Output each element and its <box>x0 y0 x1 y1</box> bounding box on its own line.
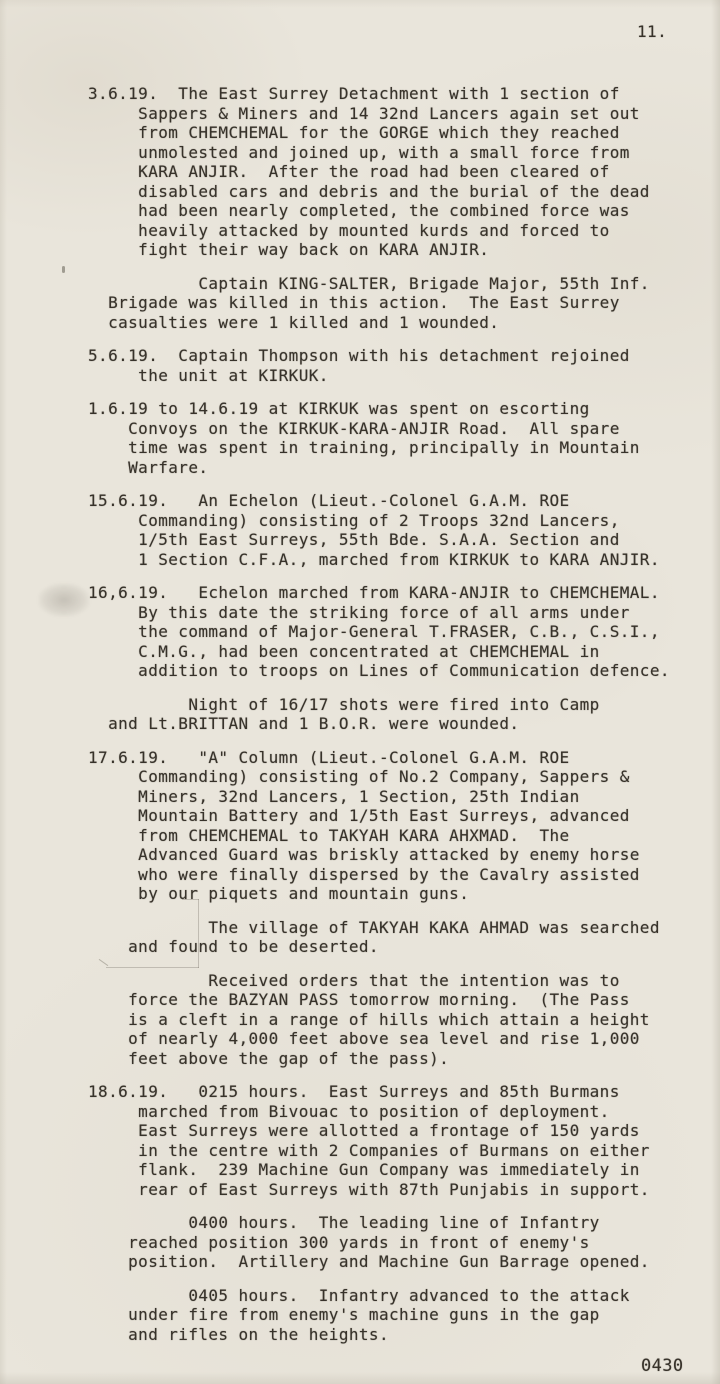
diary-line: the command of Major-General T.FRASER, C… <box>88 622 670 642</box>
diary-line: By this date the striking force of all a… <box>88 603 670 623</box>
diary-line: in the centre with 2 Companies of Burman… <box>88 1141 670 1161</box>
diary-line: The village of TAKYAH KAKA AHMAD was sea… <box>88 918 670 938</box>
pencil-mark-vertical <box>198 899 199 968</box>
ink-smudge <box>38 583 90 617</box>
diary-line: by our piquets and mountain guns. <box>88 884 670 904</box>
diary-paragraph: 17.6.19. "A" Column (Lieut.-Colonel G.A.… <box>88 748 670 904</box>
diary-line: the unit at KIRKUK. <box>88 366 670 386</box>
diary-line: feet above the gap of the pass). <box>88 1049 670 1069</box>
diary-line: marched from Bivouac to position of depl… <box>88 1102 670 1122</box>
diary-line: rear of East Surreys with 87th Punjabis … <box>88 1180 670 1200</box>
diary-line: 5.6.19. Captain Thompson with his detach… <box>88 346 670 366</box>
diary-paragraph: Night of 16/17 shots were fired into Cam… <box>88 695 670 734</box>
diary-line: casualties were 1 killed and 1 wounded. <box>88 313 670 333</box>
diary-paragraph: 3.6.19. The East Surrey Detachment with … <box>88 84 670 260</box>
diary-text: 3.6.19. The East Surrey Detachment with … <box>88 84 670 1344</box>
diary-line: Miners, 32nd Lancers, 1 Section, 25th In… <box>88 787 670 807</box>
diary-paragraph: 5.6.19. Captain Thompson with his detach… <box>88 346 670 385</box>
diary-line: 0405 hours. Infantry advanced to the att… <box>88 1286 670 1306</box>
diary-line: Mountain Battery and 1/5th East Surreys,… <box>88 806 670 826</box>
diary-line: 15.6.19. An Echelon (Lieut.-Colonel G.A.… <box>88 491 670 511</box>
diary-line: unmolested and joined up, with a small f… <box>88 143 670 163</box>
diary-line: flank. 239 Machine Gun Company was immed… <box>88 1160 670 1180</box>
diary-paragraph: Captain KING-SALTER, Brigade Major, 55th… <box>88 274 670 333</box>
stray-ink-mark <box>62 266 65 273</box>
diary-line: Received orders that the intention was t… <box>88 971 670 991</box>
diary-line: position. Artillery and Machine Gun Barr… <box>88 1252 670 1272</box>
diary-line: is a cleft in a range of hills which att… <box>88 1010 670 1030</box>
diary-paragraph: The village of TAKYAH KAKA AHMAD was sea… <box>88 918 670 957</box>
diary-paragraph: 0400 hours. The leading line of Infantry… <box>88 1213 670 1272</box>
diary-line: 0400 hours. The leading line of Infantry <box>88 1213 670 1233</box>
diary-paragraph: 0405 hours. Infantry advanced to the att… <box>88 1286 670 1345</box>
diary-line: Advanced Guard was briskly attacked by e… <box>88 845 670 865</box>
diary-paragraph: 1.6.19 to 14.6.19 at KIRKUK was spent on… <box>88 399 670 477</box>
diary-line: 1.6.19 to 14.6.19 at KIRKUK was spent on… <box>88 399 670 419</box>
diary-line: addition to troops on Lines of Communica… <box>88 661 670 681</box>
diary-line: Captain KING-SALTER, Brigade Major, 55th… <box>88 274 670 294</box>
diary-line: Commanding) consisting of 2 Troops 32nd … <box>88 511 670 531</box>
diary-line: Convoys on the KIRKUK-KARA-ANJIR Road. A… <box>88 419 670 439</box>
diary-line: fight their way back on KARA ANJIR. <box>88 240 670 260</box>
war-diary-page: 11. 3.6.19. The East Surrey Detachment w… <box>0 0 720 1384</box>
diary-paragraph: 16,6.19. Echelon marched from KARA-ANJIR… <box>88 583 670 681</box>
diary-line: Brigade was killed in this action. The E… <box>88 293 670 313</box>
diary-line: under fire from enemy's machine guns in … <box>88 1305 670 1325</box>
diary-line: 18.6.19. 0215 hours. East Surreys and 85… <box>88 1082 670 1102</box>
diary-line: and found to be deserted. <box>88 937 670 957</box>
diary-line: 17.6.19. "A" Column (Lieut.-Colonel G.A.… <box>88 748 670 768</box>
diary-line: of nearly 4,000 feet above sea level and… <box>88 1029 670 1049</box>
diary-line: Sappers & Miners and 14 32nd Lancers aga… <box>88 104 670 124</box>
diary-line: from CHEMCHEMAL to TAKYAH KARA AHXMAD. T… <box>88 826 670 846</box>
footer-reference-number: 0430 <box>641 1356 684 1376</box>
diary-line: reached position 300 yards in front of e… <box>88 1233 670 1253</box>
diary-line: disabled cars and debris and the burial … <box>88 182 670 202</box>
diary-line: force the BAZYAN PASS tomorrow morning. … <box>88 990 670 1010</box>
diary-line: and Lt.BRITTAN and 1 B.O.R. were wounded… <box>88 714 670 734</box>
diary-line: KARA ANJIR. After the road had been clea… <box>88 162 670 182</box>
diary-line: 16,6.19. Echelon marched from KARA-ANJIR… <box>88 583 670 603</box>
pencil-mark-horizontal <box>106 967 199 968</box>
diary-line: Warfare. <box>88 458 670 478</box>
diary-line: 1 Section C.F.A., marched from KIRKUK to… <box>88 550 670 570</box>
diary-paragraph: Received orders that the intention was t… <box>88 971 670 1069</box>
diary-line: 1/5th East Surreys, 55th Bde. S.A.A. Sec… <box>88 530 670 550</box>
page-number: 11. <box>637 22 667 41</box>
diary-line: and rifles on the heights. <box>88 1325 670 1345</box>
diary-line: time was spent in training, principally … <box>88 438 670 458</box>
diary-line: who were finally dispersed by the Cavalr… <box>88 865 670 885</box>
diary-line: Commanding) consisting of No.2 Company, … <box>88 767 670 787</box>
diary-paragraph: 15.6.19. An Echelon (Lieut.-Colonel G.A.… <box>88 491 670 569</box>
pencil-mark-top <box>182 899 199 900</box>
diary-line: Night of 16/17 shots were fired into Cam… <box>88 695 670 715</box>
diary-line: East Surreys were allotted a frontage of… <box>88 1121 670 1141</box>
diary-line: 3.6.19. The East Surrey Detachment with … <box>88 84 670 104</box>
diary-line: heavily attacked by mounted kurds and fo… <box>88 221 670 241</box>
diary-line: from CHEMCHEMAL for the GORGE which they… <box>88 123 670 143</box>
diary-line: C.M.G., had been concentrated at CHEMCHE… <box>88 642 670 662</box>
diary-line: had been nearly completed, the combined … <box>88 201 670 221</box>
diary-paragraph: 18.6.19. 0215 hours. East Surreys and 85… <box>88 1082 670 1199</box>
